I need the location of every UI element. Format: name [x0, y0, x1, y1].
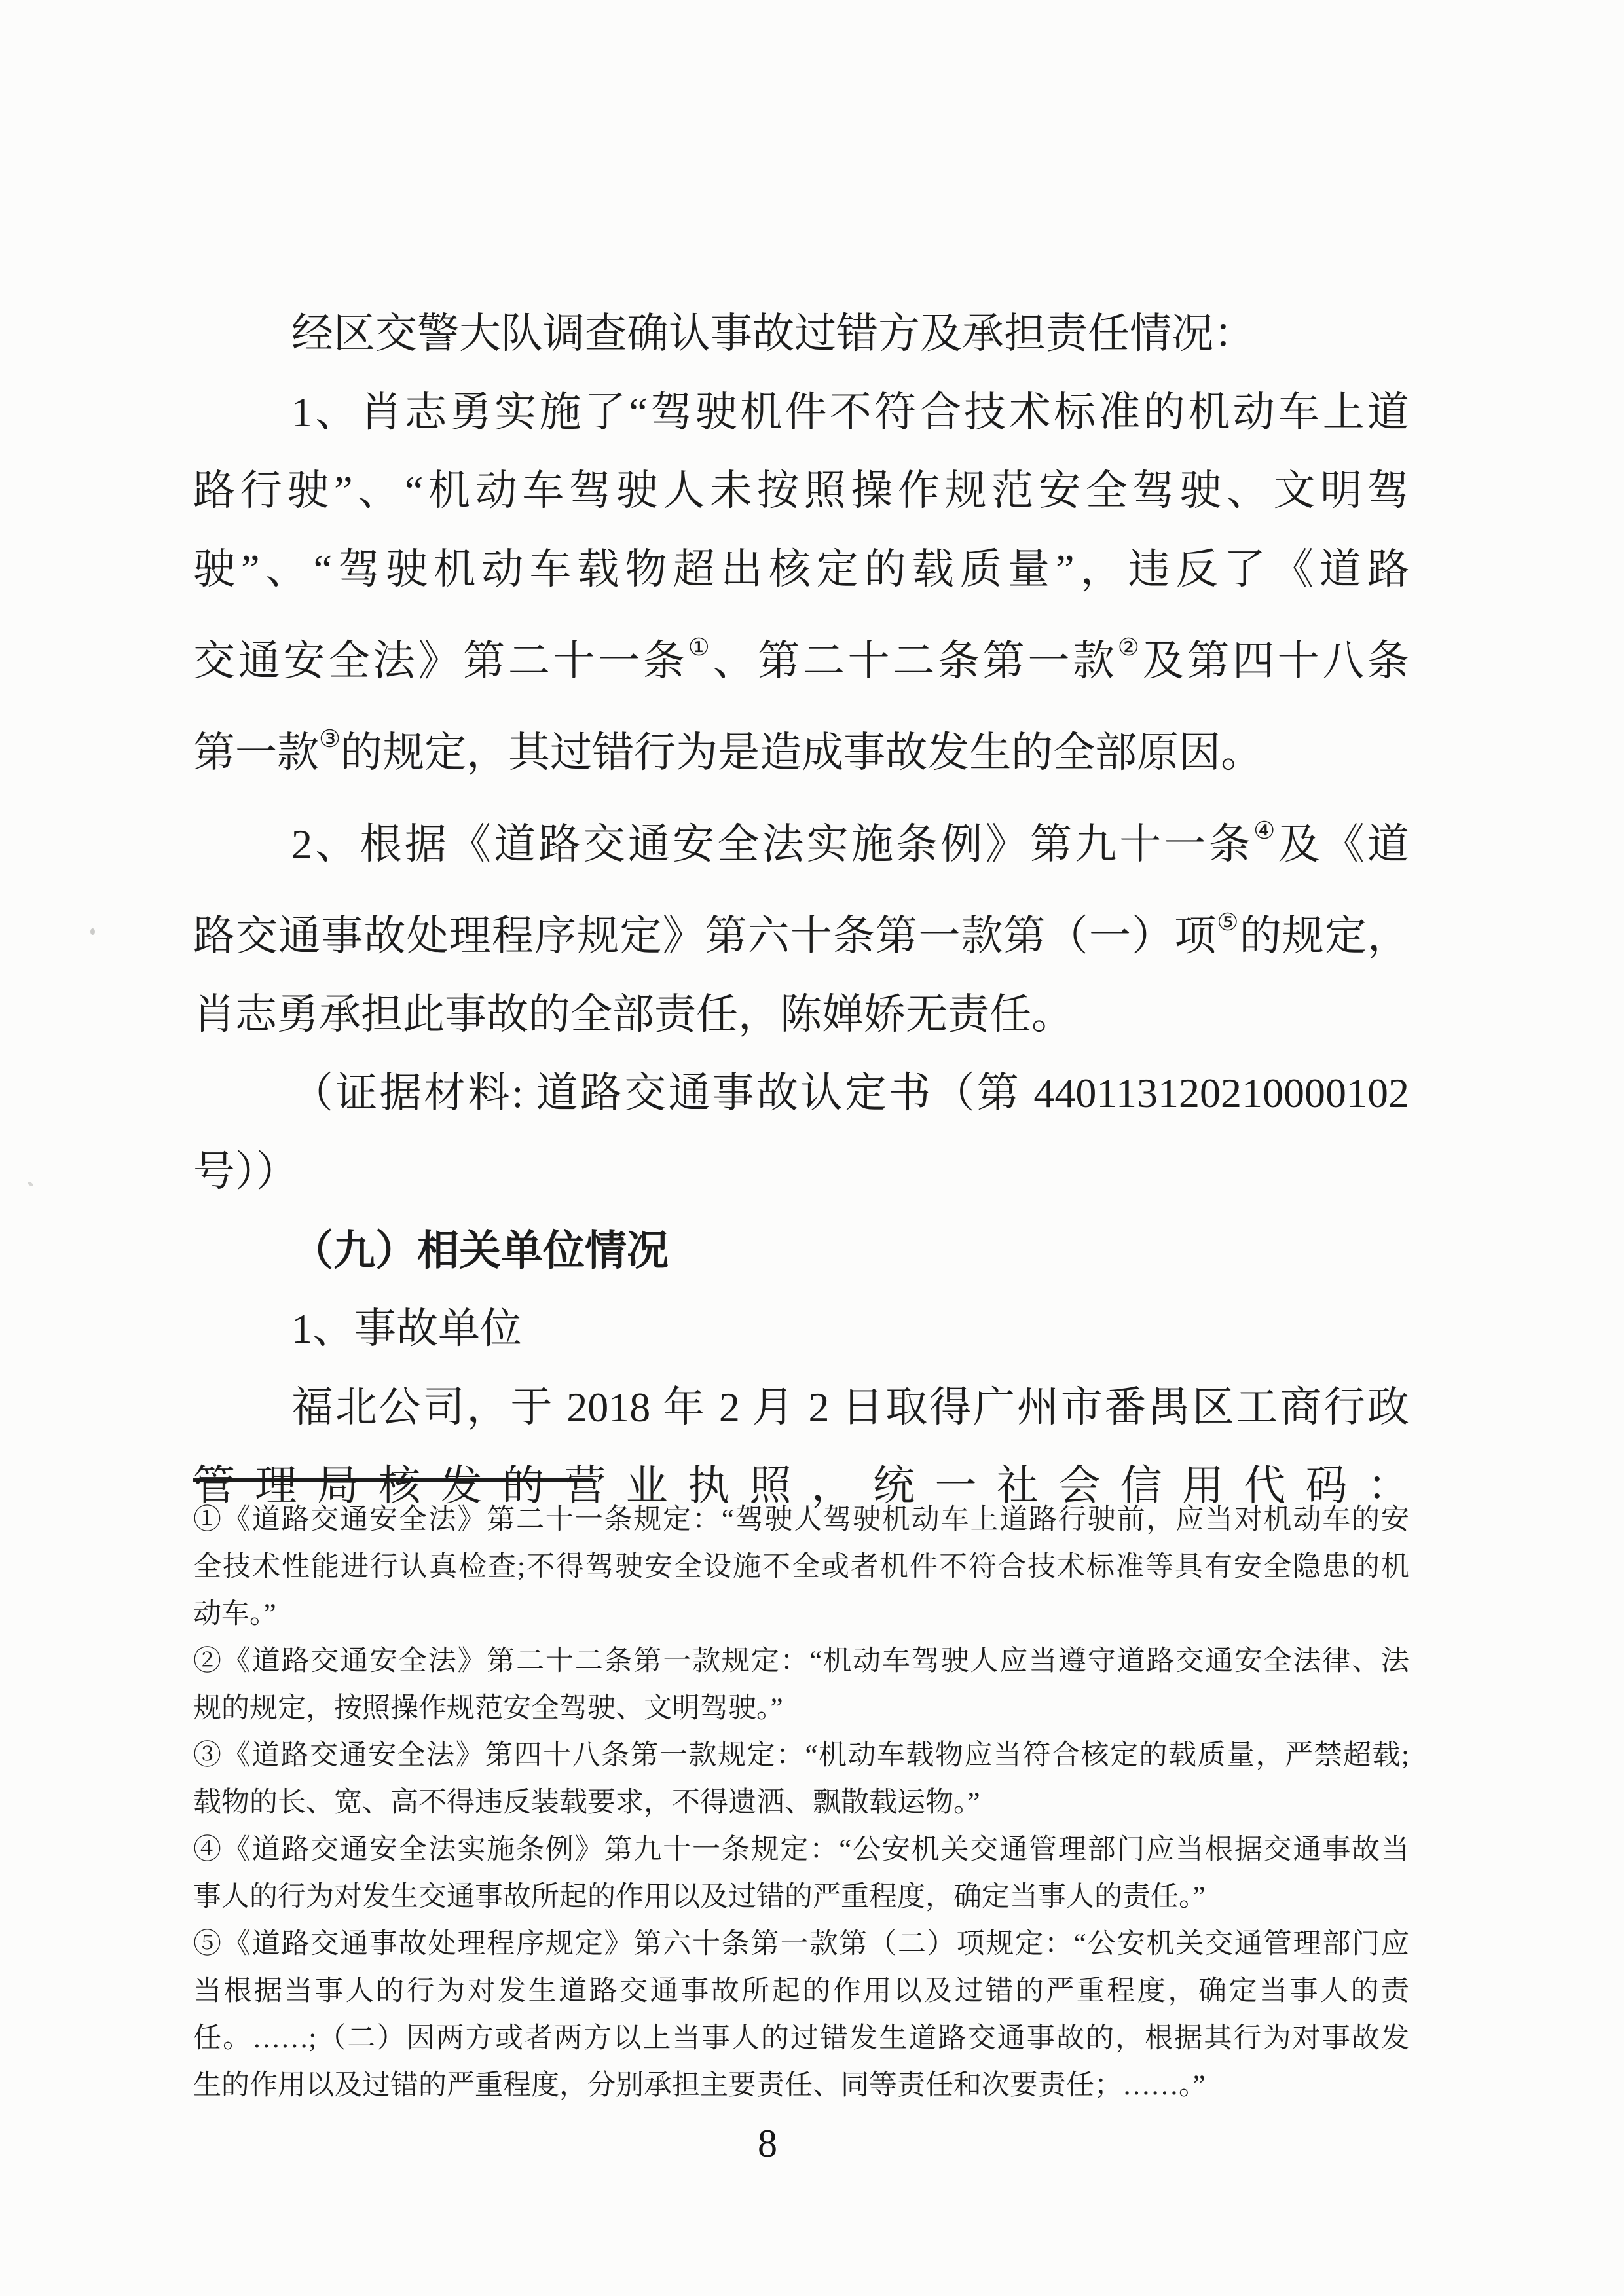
text-segment: 的规定，	[1240, 913, 1409, 959]
text-segment: 2、根据《道路交通安全法实施条例》第九十一条	[291, 821, 1253, 867]
text-segment: 驶”、“驾驶机动车载物超出核定的载质量”，违反了《道路	[193, 546, 1409, 592]
body-line: 1、肖志勇实施了“驾驶机件不符合技术标准的机动车上道	[193, 373, 1409, 452]
text-segment: 事人的行为对发生交通事故所起的作用以及过错的严重程度，确定当事人的责任。”	[193, 1882, 1206, 1912]
footnote-line: 规的规定，按照操作规范安全驾驶、文明驾驶。”	[193, 1685, 1409, 1732]
footnote-line: 生的作用以及过错的严重程度，分别承担主要责任、同等责任和次要责任；……。”	[193, 2062, 1409, 2109]
footnote-line: ③《道路交通安全法》第四十八条第一款规定：“机动车载物应当符合核定的载质量，严禁…	[193, 1732, 1409, 1779]
footnote-line: 事人的行为对发生交通事故所起的作用以及过错的严重程度，确定当事人的责任。”	[193, 1874, 1409, 1921]
footnote-line: 动车。”	[193, 1591, 1409, 1638]
text-segment: ①《道路交通安全法》第二十一条规定：“驾驶人驾驶机动车上道路行驶前，应当对机动车…	[193, 1504, 1409, 1535]
body-line: 肖志勇承担此事故的全部责任，陈婵娇无责任。	[193, 975, 1409, 1054]
footnote-line: ②《道路交通安全法》第二十二条第一款规定：“机动车驾驶人应当遵守道路交通安全法律…	[193, 1638, 1409, 1685]
body-line: 路交通事故处理程序规定》第六十条第一款第（一）项⑤的规定，	[193, 884, 1409, 975]
body-line: 交通安全法》第二十一条①、第二十二条第一款②及第四十八条	[193, 609, 1409, 701]
footnote-ref-marker: ②	[1118, 634, 1143, 661]
text-segment: 1、事故单位	[291, 1305, 522, 1352]
body-line: 经区交警大队调查确认事故过错方及承担责任情况：	[193, 295, 1409, 373]
footnote-ref-marker: ⑤	[1217, 909, 1239, 936]
footnote-line: ⑤《道路交通事故处理程序规定》第六十条第一款第（二）项规定：“公安机关交通管理部…	[193, 1921, 1409, 1968]
footnote-ref-marker: ③	[319, 726, 341, 753]
body-line: 第一款③的规定，其过错行为是造成事故发生的全部原因。	[193, 701, 1409, 792]
text-segment: 动车。”	[193, 1599, 276, 1630]
body-line: 路行驶”、“机动车驾驶人未按照操作规范安全驾驶、文明驾	[193, 452, 1409, 530]
text-segment: 规的规定，按照操作规范安全驾驶、文明驾驶。”	[193, 1693, 783, 1724]
text-segment: ⑤《道路交通事故处理程序规定》第六十条第一款第（二）项规定：“公安机关交通管理部…	[193, 1929, 1409, 1959]
footnote-line: 载物的长、宽、高不得违反装载要求，不得遗洒、飘散载运物。”	[193, 1779, 1409, 1827]
text-segment: 当根据当事人的行为对发生道路交通事故所起的作用以及过错的严重程度，确定当事人的责	[193, 1976, 1409, 2007]
footnote-line: 任。……;（二）因两方或者两方以上当事人的过错发生道路交通事故的，根据其行为对事…	[193, 2015, 1409, 2062]
footnote-separator	[193, 1478, 593, 1482]
body-line: 1、事故单位	[193, 1290, 1409, 1368]
text-segment: 肖志勇承担此事故的全部责任，陈婵娇无责任。	[193, 991, 1073, 1038]
document-page: 经区交警大队调查确认事故过错方及承担责任情况：1、肖志勇实施了“驾驶机件不符合技…	[0, 0, 1624, 2296]
text-segment: ③《道路交通安全法》第四十八条第一款规定：“机动车载物应当符合核定的载质量，严禁…	[193, 1740, 1409, 1771]
body-line: 驶”、“驾驶机动车载物超出核定的载质量”，违反了《道路	[193, 530, 1409, 609]
body-text: 经区交警大队调查确认事故过错方及承担责任情况：1、肖志勇实施了“驾驶机件不符合技…	[193, 295, 1409, 1525]
text-segment: 号））	[193, 1148, 298, 1195]
text-segment: 及第四十八条	[1143, 638, 1409, 684]
text-segment: 经区交警大队调查确认事故过错方及承担责任情况：	[291, 310, 1255, 357]
footnotes: ①《道路交通安全法》第二十一条规定：“驾驶人驾驶机动车上道路行驶前，应当对机动车…	[193, 1497, 1409, 2109]
text-segment: ②《道路交通安全法》第二十二条第一款规定：“机动车驾驶人应当遵守道路交通安全法律…	[193, 1646, 1409, 1677]
footnote-line: ④《道路交通安全法实施条例》第九十一条规定：“公安机关交通管理部门应当根据交通事…	[193, 1827, 1409, 1874]
page-number: 8	[0, 2121, 1579, 2166]
text-segment: （九）相关单位情况	[291, 1227, 669, 1274]
text-segment: （证据材料: 道路交通事故认定书（第 440113120210000102	[291, 1070, 1409, 1116]
body-line: （证据材料: 道路交通事故认定书（第 440113120210000102	[193, 1054, 1409, 1133]
section-heading: （九）相关单位情况	[193, 1211, 1409, 1290]
footnote-line: 全技术性能进行认真检查;不得驾驶安全设施不全或者机件不符合技术标准等具有安全隐患…	[193, 1544, 1409, 1591]
footnote-line: ①《道路交通安全法》第二十一条规定：“驾驶人驾驶机动车上道路行驶前，应当对机动车…	[193, 1497, 1409, 1544]
text-segment: 、第二十二条第一款	[712, 638, 1117, 684]
text-segment: 及《道	[1278, 821, 1409, 867]
text-segment: 全技术性能进行认真检查;不得驾驶安全设施不全或者机件不符合技术标准等具有安全隐患…	[193, 1552, 1409, 1582]
text-segment: ④《道路交通安全法实施条例》第九十一条规定：“公安机关交通管理部门应当根据交通事…	[193, 1834, 1409, 1865]
text-segment: 生的作用以及过错的严重程度，分别承担主要责任、同等责任和次要责任；……。”	[193, 2070, 1206, 2101]
text-segment: 任。……;（二）因两方或者两方以上当事人的过错发生道路交通事故的，根据其行为对事…	[193, 2023, 1409, 2054]
body-line: 2、根据《道路交通安全法实施条例》第九十一条④及《道	[193, 792, 1409, 884]
text-segment: 路交通事故处理程序规定》第六十条第一款第（一）项	[193, 913, 1217, 959]
text-segment: 福北公司，于 2018 年 2 月 2 日取得广州市番禺区工商行政	[291, 1384, 1409, 1430]
text-segment: 载物的长、宽、高不得违反装载要求，不得遗洒、飘散载运物。”	[193, 1787, 980, 1818]
footnote-ref-marker: ①	[688, 634, 713, 661]
footnote-ref-marker: ④	[1253, 818, 1278, 845]
text-segment: 路行驶”、“机动车驾驶人未按照操作规范安全驾驶、文明驾	[193, 467, 1409, 514]
footnote-line: 当根据当事人的行为对发生道路交通事故所起的作用以及过错的严重程度，确定当事人的责	[193, 1968, 1409, 2015]
body-line: 号））	[193, 1133, 1409, 1211]
text-segment: 1、肖志勇实施了“驾驶机件不符合技术标准的机动车上道	[291, 389, 1409, 435]
text-segment: 交通安全法》第二十一条	[193, 638, 688, 684]
text-segment: 第一款	[193, 729, 319, 776]
body-line: 福北公司，于 2018 年 2 月 2 日取得广州市番禺区工商行政	[193, 1368, 1409, 1447]
text-segment: 的规定，其过错行为是造成事故发生的全部原因。	[341, 729, 1263, 776]
